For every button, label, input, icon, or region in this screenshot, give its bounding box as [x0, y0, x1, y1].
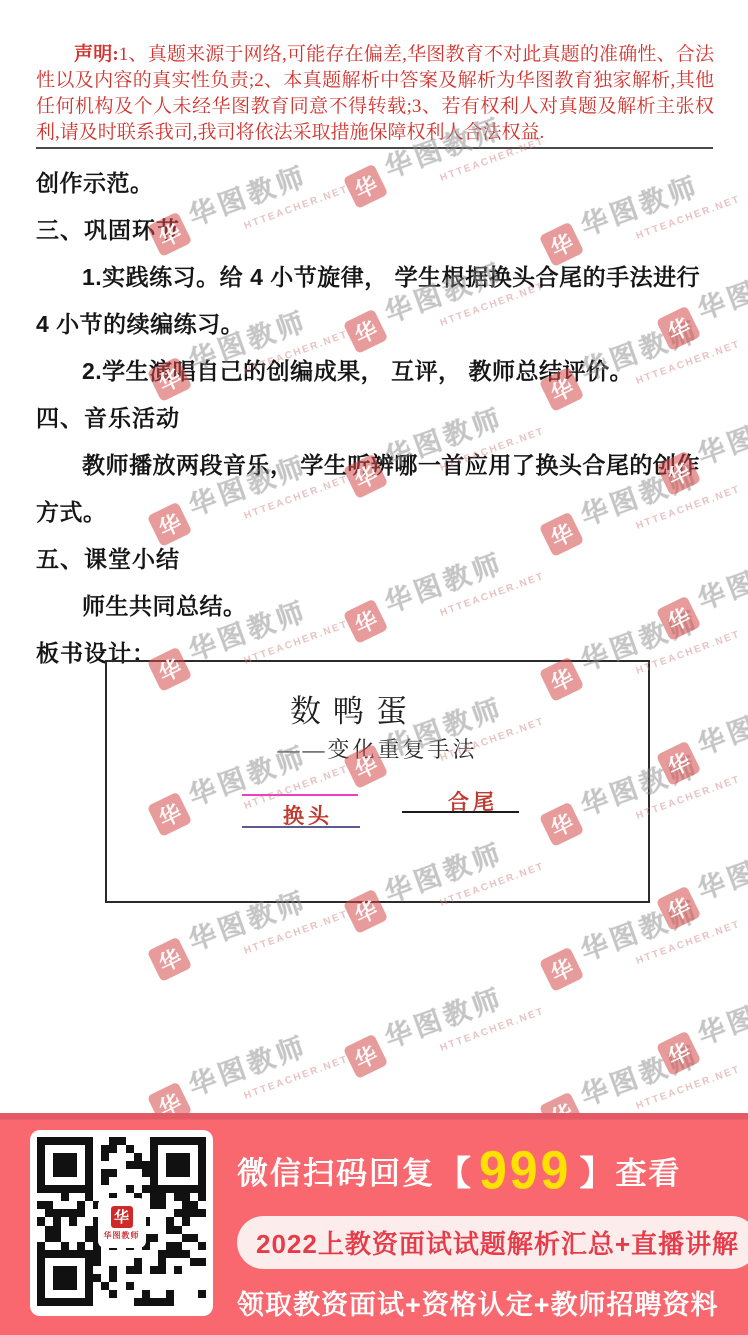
- lesson-body: 创作示范。 三、巩固环节 1.实践练习。给 4 小节旋律， 学生根据换头合尾的手…: [36, 160, 718, 677]
- paragraph-evaluation: 2.学生演唱自己的创编成果， 互评， 教师总结评价。: [36, 348, 718, 395]
- section-heading-consolidation: 三、巩固环节: [36, 207, 718, 254]
- qr-center-badge: 华 华图教师: [98, 1198, 146, 1248]
- wechat-scan-prefix: 微信扫码回复: [237, 1148, 435, 1193]
- board-subtitle: ——变化重复手法: [107, 733, 648, 764]
- section-heading-music-activity: 四、音乐活动: [36, 395, 718, 442]
- bracket-close: 】: [579, 1146, 613, 1195]
- black-underline: [402, 811, 519, 813]
- banner-text-column: 微信扫码回复 【 999 】 查看 2022上教资面试试题解析汇总+直播讲解 领…: [237, 1139, 737, 1322]
- resources-line: 领取教资面试+资格认定+教师招聘资料: [237, 1283, 719, 1322]
- disclaimer-text: 1、真题来源于网络,可能存在偏差,华图教育不对此真题的准确性、合法性以及内容的真…: [36, 44, 714, 143]
- board-design-box: 数鸭蛋 ——变化重复手法 换头 合尾: [105, 660, 650, 903]
- promo-banner: 华 华图教师 微信扫码回复 【 999 】 查看 2022上教资面试试题解析汇总…: [0, 1113, 748, 1335]
- qr-badge-brand: 华图教师: [104, 1230, 140, 1241]
- promo-pill: 2022上教资面试试题解析汇总+直播讲解: [237, 1216, 748, 1269]
- qr-code: 华 华图教师: [30, 1130, 213, 1316]
- paragraph-summary: 师生共同总结。: [36, 583, 718, 630]
- navy-underline: [242, 826, 360, 828]
- disclaimer-label: 声明:: [74, 44, 119, 65]
- section-heading-summary: 五、课堂小结: [36, 536, 718, 583]
- document-page: 华华图教师HTTEACHER.NET华华图教师HTTEACHER.NET华华图教…: [0, 0, 748, 1335]
- bracket-open: 【: [437, 1146, 471, 1195]
- paragraph-intro: 创作示范。: [36, 160, 718, 207]
- pink-underline: [242, 794, 358, 796]
- wechat-scan-suffix: 查看: [615, 1148, 681, 1193]
- paragraph-listening: 教师播放两段音乐， 学生听辨哪一首应用了换头合尾的创作方式。: [36, 442, 718, 536]
- disclaimer-paragraph: 声明:1、真题来源于网络,可能存在偏差,华图教育不对此真题的准确性、合法性以及内…: [36, 42, 714, 146]
- horizontal-rule: [36, 147, 713, 149]
- huatu-logo-icon: 华: [111, 1206, 133, 1228]
- wechat-scan-line: 微信扫码回复 【 999 】 查看: [237, 1139, 681, 1201]
- board-title: 数鸭蛋: [84, 686, 625, 731]
- paragraph-practice: 1.实践练习。给 4 小节旋律， 学生根据换头合尾的手法进行 4 小节的续编练习…: [36, 254, 718, 348]
- reply-code: 999: [479, 1139, 571, 1202]
